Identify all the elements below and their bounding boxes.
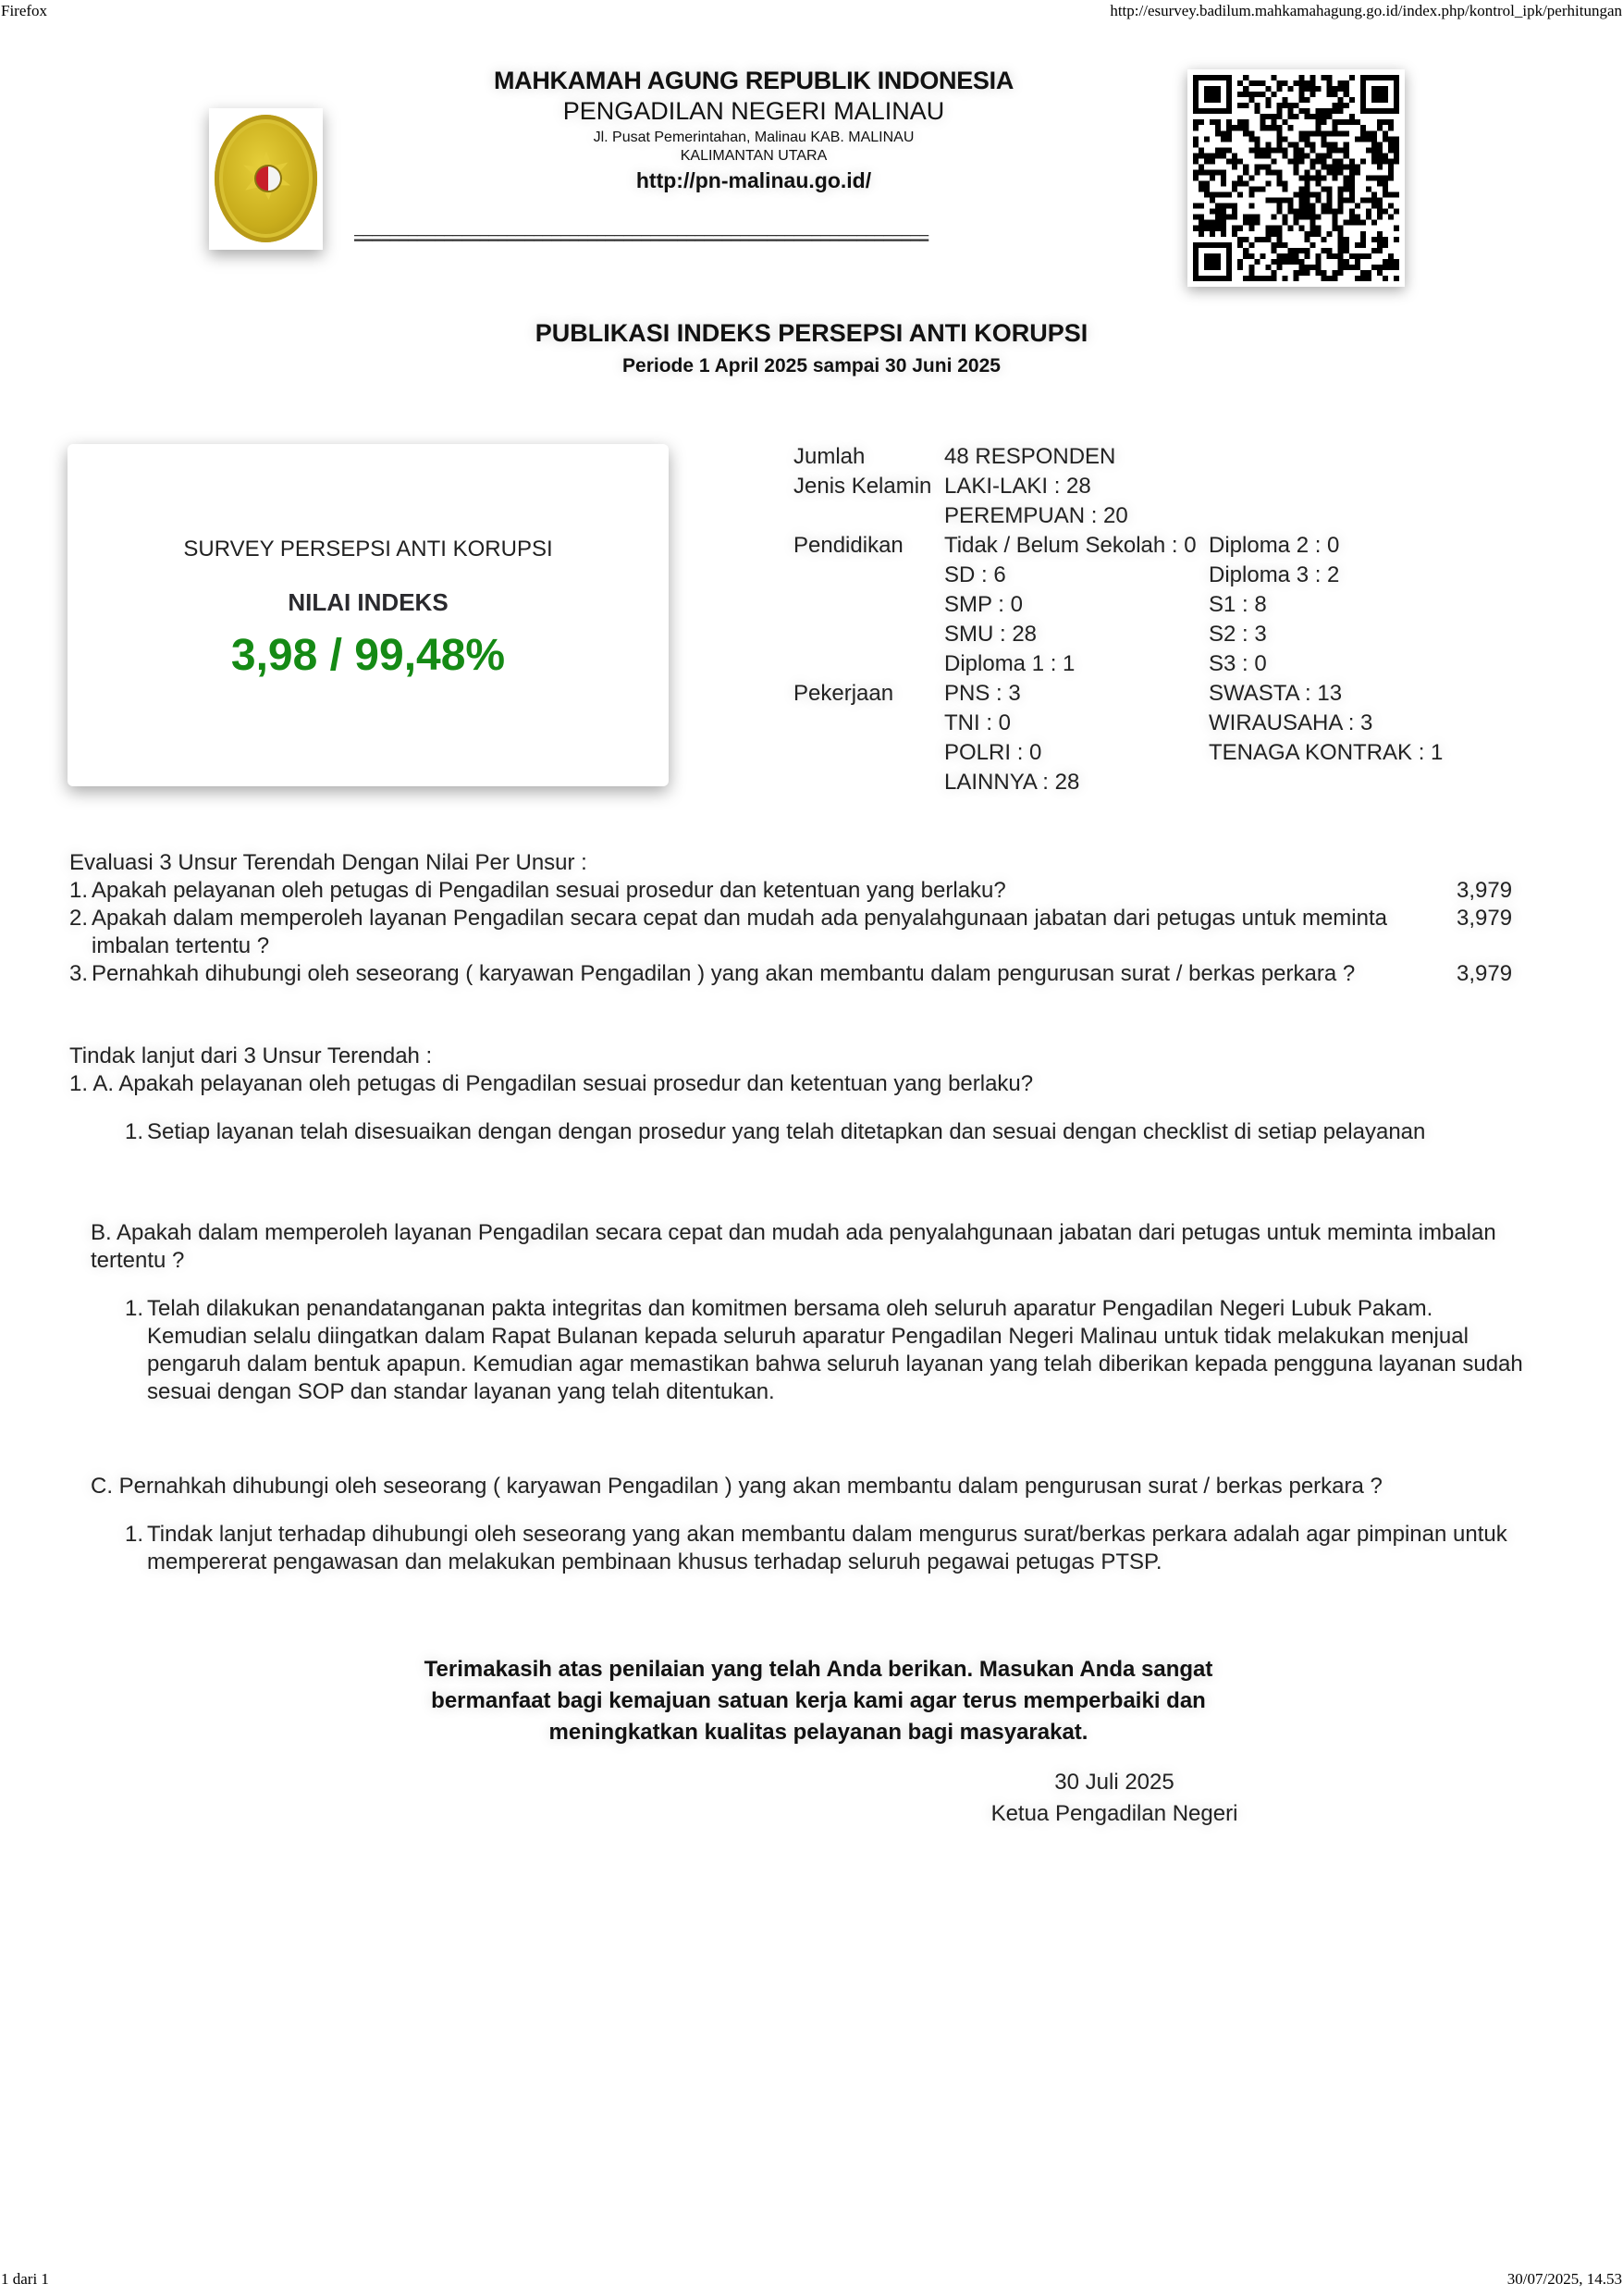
follow-up-answer: 1.Tindak lanjut terhadap dihubungi oleh … [125, 1521, 1554, 1576]
stats-value: SMP : 0 [944, 590, 1209, 620]
stats-row: Jumlah48 RESPONDEN [793, 442, 1443, 472]
item-number: 1. [69, 877, 92, 905]
stats-value: TENAGA KONTRAK : 1 [1209, 738, 1443, 768]
item-question: Apakah pelayanan oleh petugas di Pengadi… [92, 877, 1457, 905]
evaluation-item: 1.Apakah pelayanan oleh petugas di Penga… [69, 877, 1521, 905]
title-period: Periode 1 April 2025 sampai 30 Juni 2025 [0, 355, 1623, 377]
stats-value: WIRAUSAHA : 3 [1209, 709, 1443, 738]
evaluation-section: Evaluasi 3 Unsur Terendah Dengan Nilai P… [69, 849, 1521, 988]
browser-name: Firefox [1, 2, 47, 20]
stats-row: SD : 6Diploma 3 : 2 [793, 561, 1443, 590]
jumlah-label: Jumlah [793, 442, 944, 472]
stats-value: LAKI-LAKI : 28 [944, 472, 1209, 501]
print-footer: 1 dari 1 30/07/2025, 14.53 [0, 2270, 1623, 2289]
stats-row: LAINNYA : 28 [793, 768, 1443, 797]
stats-row: Jenis KelaminLAKI-LAKI : 28 [793, 472, 1443, 501]
stats-value: PEREMPUAN : 20 [944, 501, 1209, 531]
follow-up-question: C. Pernahkah dihubungi oleh seseorang ( … [91, 1473, 1554, 1500]
stats-row: SMU : 28S2 : 3 [793, 620, 1443, 649]
follow-up-section: B. Apakah dalam memperoleh layanan Penga… [91, 1219, 1554, 1406]
respondent-stats: Jumlah48 RESPONDENJenis KelaminLAKI-LAKI… [793, 442, 1443, 797]
item-score: 3,979 [1457, 905, 1521, 960]
print-datetime: 30/07/2025, 14.53 [1507, 2270, 1622, 2289]
follow-up-question: B. Apakah dalam memperoleh layanan Penga… [91, 1219, 1554, 1275]
document-title: PUBLIKASI INDEKS PERSEPSI ANTI KORUPSI P… [0, 319, 1623, 377]
index-score-card: SURVEY PERSEPSI ANTI KORUPSI NILAI INDEK… [68, 444, 669, 786]
stats-row: SMP : 0S1 : 8 [793, 590, 1443, 620]
institution-name: MAHKAMAH AGUNG REPUBLIK INDONESIA [351, 67, 1156, 95]
court-name: PENGADILAN NEGERI MALINAU [351, 97, 1156, 126]
seal-icon [215, 115, 317, 242]
stats-row: Diploma 1 : 1S3 : 0 [793, 649, 1443, 679]
page-url[interactable]: http://esurvey.badilum.mahkamahagung.go.… [1110, 2, 1622, 20]
answer-number: 1. [125, 1118, 147, 1146]
qr-code-icon [1187, 69, 1405, 287]
stats-value: Tidak / Belum Sekolah : 0 [944, 531, 1209, 561]
header-divider: ========================================… [353, 235, 1163, 246]
stats-value: Diploma 2 : 0 [1209, 531, 1443, 561]
gender-label: Jenis Kelamin [793, 472, 944, 501]
address-line-1: Jl. Pusat Pemerintahan, Malinau KAB. MAL… [351, 130, 1156, 146]
item-number: 2. [69, 905, 92, 960]
stats-value: Diploma 1 : 1 [944, 649, 1209, 679]
stats-row: TNI : 0WIRAUSAHA : 3 [793, 709, 1443, 738]
mahkamah-agung-logo-icon [209, 108, 323, 250]
stats-value: LAINNYA : 28 [944, 768, 1209, 797]
stats-value: SD : 6 [944, 561, 1209, 590]
stats-value: S2 : 3 [1209, 620, 1443, 649]
follow-up-heading: Tindak lanjut dari 3 Unsur Terendah : [69, 1043, 1549, 1070]
evaluation-item: 3.Pernahkah dihubungi oleh seseorang ( k… [69, 960, 1521, 988]
item-number: 3. [69, 960, 92, 988]
stats-value: SMU : 28 [944, 620, 1209, 649]
stats-value: S1 : 8 [1209, 590, 1443, 620]
item-score: 3,979 [1457, 877, 1521, 905]
sign-date: 30 Juli 2025 [953, 1767, 1276, 1798]
evaluation-heading: Evaluasi 3 Unsur Terendah Dengan Nilai P… [69, 849, 1521, 877]
page-count: 1 dari 1 [1, 2270, 49, 2289]
follow-up-section: 1. A. Apakah pelayanan oleh petugas di P… [69, 1070, 1554, 1146]
answer-text: Tindak lanjut terhadap dihubungi oleh se… [147, 1521, 1554, 1576]
stats-value: S3 : 0 [1209, 649, 1443, 679]
answer-number: 1. [125, 1295, 147, 1406]
item-question: Apakah dalam memperoleh layanan Pengadil… [92, 905, 1457, 960]
stats-value: SWASTA : 13 [1209, 679, 1443, 709]
answer-text: Telah dilakukan penandatanganan pakta in… [147, 1295, 1554, 1406]
stats-row: PekerjaanPNS : 3SWASTA : 13 [793, 679, 1443, 709]
stats-row: PendidikanTidak / Belum Sekolah : 0Diplo… [793, 531, 1443, 561]
follow-up-question: 1. A. Apakah pelayanan oleh petugas di P… [69, 1070, 1554, 1098]
follow-up-answer: 1.Telah dilakukan penandatanganan pakta … [125, 1295, 1554, 1406]
closing-message: Terimakasih atas penilaian yang telah An… [379, 1654, 1258, 1748]
stats-row: PEREMPUAN : 20 [793, 501, 1443, 531]
follow-up-section: C. Pernahkah dihubungi oleh seseorang ( … [91, 1473, 1554, 1576]
address-line-2: KALIMANTAN UTARA [351, 148, 1156, 165]
survey-label: SURVEY PERSEPSI ANTI KORUPSI [68, 537, 669, 562]
education-label: Pendidikan [793, 531, 944, 561]
shield-icon [254, 165, 282, 192]
stats-row: POLRI : 0TENAGA KONTRAK : 1 [793, 738, 1443, 768]
title-main: PUBLIKASI INDEKS PERSEPSI ANTI KORUPSI [0, 319, 1623, 348]
print-header: Firefox http://esurvey.badilum.mahkamaha… [0, 2, 1623, 20]
website-link[interactable]: http://pn-malinau.go.id/ [351, 168, 1156, 193]
item-score: 3,979 [1457, 960, 1521, 988]
index-value: 3,98 / 99,48% [68, 630, 669, 681]
item-question: Pernahkah dihubungi oleh seseorang ( kar… [92, 960, 1457, 988]
stats-value: Diploma 3 : 2 [1209, 561, 1443, 590]
stats-value: TNI : 0 [944, 709, 1209, 738]
answer-text: Setiap layanan telah disesuaikan dengan … [147, 1118, 1554, 1146]
follow-up-answer: 1.Setiap layanan telah disesuaikan denga… [125, 1118, 1554, 1146]
stats-value: POLRI : 0 [944, 738, 1209, 768]
signature-block: 30 Juli 2025 Ketua Pengadilan Negeri [953, 1767, 1276, 1830]
answer-number: 1. [125, 1521, 147, 1576]
signatory-title: Ketua Pengadilan Negeri [953, 1798, 1276, 1830]
index-heading: NILAI INDEKS [68, 588, 669, 617]
stats-value: PNS : 3 [944, 679, 1209, 709]
evaluation-item: 2.Apakah dalam memperoleh layanan Pengad… [69, 905, 1521, 960]
job-label: Pekerjaan [793, 679, 944, 709]
stats-value: 48 RESPONDEN [944, 442, 1209, 472]
letterhead: MAHKAMAH AGUNG REPUBLIK INDONESIA PENGAD… [351, 67, 1156, 193]
